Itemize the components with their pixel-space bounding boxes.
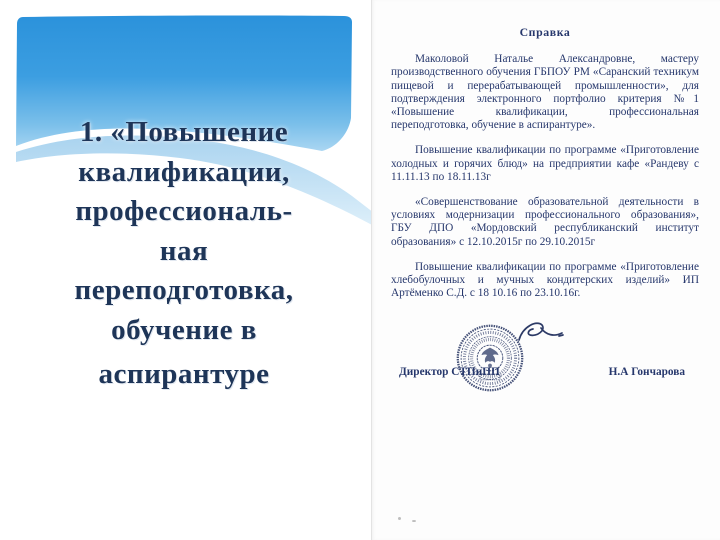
title-line: 1. «Повышение [28,113,340,153]
title-line: ная [28,232,340,272]
title-line: квалификации, [28,153,340,193]
signature-name: Н.А Гончарова [609,366,685,379]
signature-scribble-icon [515,318,567,348]
director-label: Директор СТПиПП [399,366,500,379]
scan-speck [398,517,401,520]
document-paragraph: «Совершенствование образовательной деяте… [391,196,699,249]
title-line: аспирантуре [28,355,340,395]
document-paragraph: Повышение квалификации по программе «При… [391,144,699,184]
stamp-emblem [481,348,498,363]
scan-speck [412,520,416,522]
document-paragraph: Маколовой Наталье Александровне, мастеру… [391,53,699,132]
slide-canvas: 1. «Повышение квалификации, профессионал… [0,0,720,540]
document-heading: Справка [391,26,699,39]
title-line: переподготовка, [28,271,340,311]
scanned-document: Справка Маколовой Наталье Александровне,… [371,0,720,540]
signature-row: Директор СТПиПП Н.А Гончарова [391,366,699,379]
slide-title: 1. «Повышение квалификации, профессионал… [28,113,340,395]
title-line: обучение в [28,311,340,351]
document-paragraph: Повышение квалификации по программе «При… [391,261,699,301]
title-line: профессиональ- [28,192,340,232]
